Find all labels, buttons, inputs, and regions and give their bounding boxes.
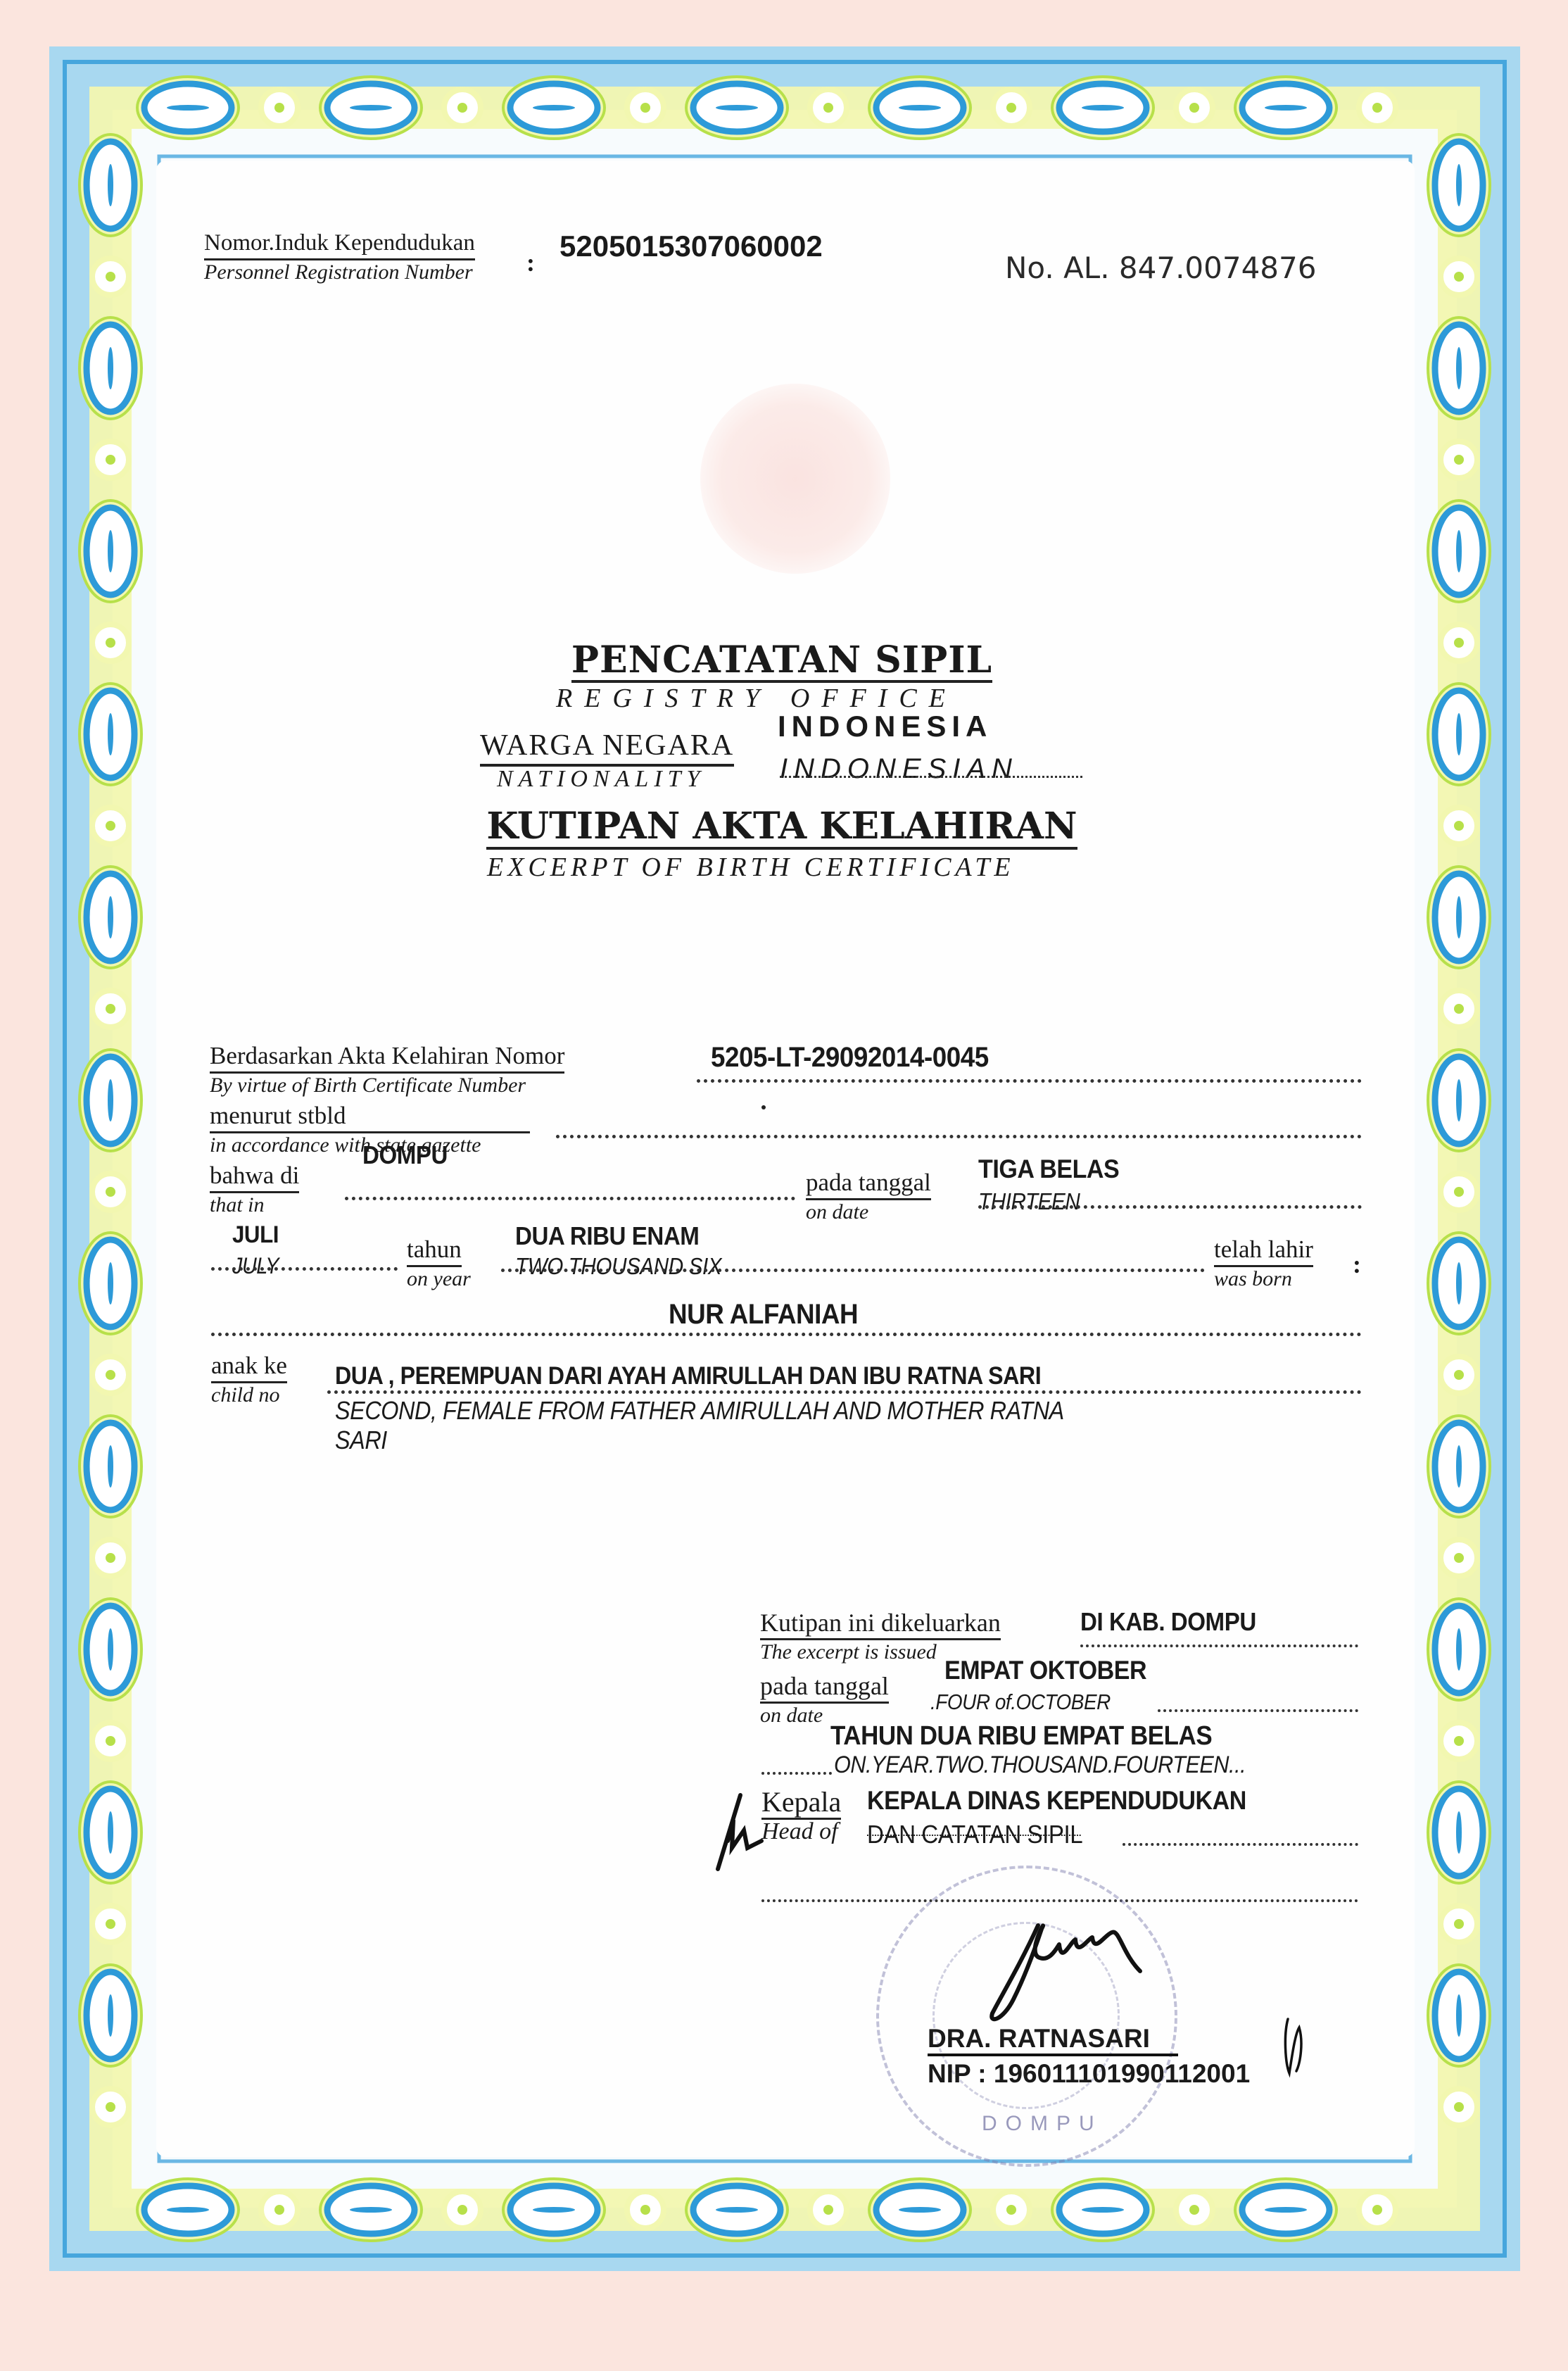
nationality-dotted-line [780, 776, 1082, 778]
issued-label-id: Kutipan ini dikeluarkan [760, 1609, 1001, 1640]
month-value-en: JULY [232, 1253, 279, 1279]
place-value: DOMPU [362, 1140, 448, 1170]
head-value-line2: DAN CATATAN SIPIL [867, 1820, 1082, 1849]
garuda-watermark-icon [700, 384, 890, 574]
head-label-en: Head of [761, 1820, 841, 1844]
cert-number-label: Berdasarkan Akta Kelahiran Nomor By virt… [210, 1042, 564, 1098]
year-value-id: DUA RIBU ENAM [515, 1221, 699, 1251]
cert-number-value: 5205-LT-29092014-0045 [711, 1042, 989, 1074]
month-dotted-line [211, 1267, 398, 1271]
certificate-panel [156, 161, 1415, 2157]
head-dotted-line [1123, 1843, 1358, 1846]
doc-title-id: KUTIPAN AKTA KELAHIRAN [486, 806, 1077, 850]
signature-icon [971, 1901, 1182, 2042]
place-label: bahwa di that in [210, 1162, 299, 1217]
head-value-line1: KEPALA DINAS KEPENDUDUKAN [867, 1786, 1246, 1816]
cert-number-dotted-line [697, 1079, 1362, 1083]
nik-separator: : [526, 248, 535, 277]
child-no-value-en-line2: SARI [335, 1426, 387, 1455]
date-label-en: on date [806, 1200, 931, 1224]
year-label: tahun on year [407, 1235, 471, 1291]
year-dotted-line [501, 1269, 1205, 1272]
name-dotted-line [211, 1333, 1362, 1336]
child-name: NUR ALFANIAH [669, 1299, 858, 1331]
child-no-label-en: child no [211, 1383, 287, 1407]
child-no-value-id: DUA , PEREMPUAN DARI AYAH AMIRULLAH DAN … [335, 1362, 1041, 1390]
year-value-en: TWO THOUSAND SIX [515, 1253, 721, 1280]
date-dotted-line [978, 1205, 1362, 1209]
nik-value: 5205015307060002 [559, 229, 823, 263]
date-label: pada tanggal on date [806, 1169, 931, 1224]
stbld-mark [761, 1105, 766, 1109]
issue-date-value-en: .FOUR of.OCTOBER [930, 1690, 1111, 1715]
nationality-label-id: WARGA NEGARA [480, 729, 734, 767]
nik-label-id: Nomor.Induk Kependudukan [204, 229, 475, 260]
child-no-label: anak ke child no [211, 1352, 287, 1407]
issued-dotted-line [1080, 1644, 1358, 1647]
issued-value: DI KAB. DOMPU [1080, 1607, 1256, 1637]
year-label-en: on year [407, 1267, 471, 1291]
child-no-value-en-line1: SECOND, FEMALE FROM FATHER AMIRULLAH AND… [335, 1396, 1064, 1426]
nationality-value-en: INDONESIAN [780, 753, 1018, 785]
date-label-id: pada tanggal [806, 1169, 931, 1200]
doc-title-en: EXCERPT OF BIRTH CERTIFICATE [487, 852, 1015, 883]
born-label-en: was born [1214, 1267, 1313, 1291]
issue-date-value-id: EMPAT OKTOBER [944, 1656, 1146, 1685]
paraf-mark-icon [1279, 2013, 1308, 2080]
issue-year-value-en: ON.YEAR.TWO.THOUSAND.FOURTEEN... [834, 1751, 1246, 1779]
nik-label: Nomor.Induk Kependudukan Personnel Regis… [204, 229, 475, 284]
doc-title: KUTIPAN AKTA KELAHIRAN [476, 806, 1088, 850]
cert-number-label-en: By virtue of Birth Certificate Number [210, 1074, 564, 1098]
born-label-id: telah lahir [1214, 1235, 1313, 1267]
head-label: Kepala Head of [761, 1788, 841, 1844]
issue-date-label: pada tanggal on date [760, 1672, 889, 1728]
child-no-label-id: anak ke [211, 1352, 287, 1383]
paraf-initial-icon [712, 1792, 769, 1876]
title-office: PENCATATAN SIPIL [560, 641, 1004, 683]
year-label-id: tahun [407, 1235, 462, 1267]
issue-year-dotted-line-left [761, 1772, 832, 1775]
issue-date-dotted-line [1158, 1709, 1358, 1712]
nik-label-en: Personnel Registration Number [204, 260, 475, 284]
month-value-id: JULI [232, 1221, 279, 1249]
child-no-dotted-line [327, 1390, 1362, 1394]
stamp-text: DOMPU [982, 2112, 1103, 2136]
stbld-dotted-line [556, 1135, 1362, 1138]
cert-number-label-id: Berdasarkan Akta Kelahiran Nomor [210, 1042, 564, 1074]
born-label: telah lahir was born [1214, 1235, 1313, 1291]
issue-year-value-id: TAHUN DUA RIBU EMPAT BELAS [830, 1721, 1212, 1751]
stbld-label-id: menurut stbld [210, 1102, 530, 1133]
nationality-label-en: NATIONALITY [497, 766, 705, 793]
date-value-en: THIRTEEN [978, 1188, 1080, 1215]
nationality-value-id: INDONESIA [778, 710, 992, 743]
place-label-id: bahwa di [210, 1162, 299, 1193]
place-label-en: that in [210, 1193, 299, 1217]
place-dotted-line [345, 1197, 795, 1200]
head-label-id: Kepala [761, 1788, 841, 1820]
official-name: DRA. RATNASARI [928, 2024, 1178, 2056]
born-separator: : [1353, 1250, 1361, 1279]
date-value-id: TIGA BELAS [978, 1155, 1119, 1184]
office-title-id: PENCATATAN SIPIL [571, 641, 992, 683]
issue-date-label-id: pada tanggal [760, 1672, 889, 1704]
serial-number: No. AL. 847.0074876 [1005, 251, 1316, 285]
official-nip: NIP : 196011101990112001 [928, 2059, 1250, 2089]
